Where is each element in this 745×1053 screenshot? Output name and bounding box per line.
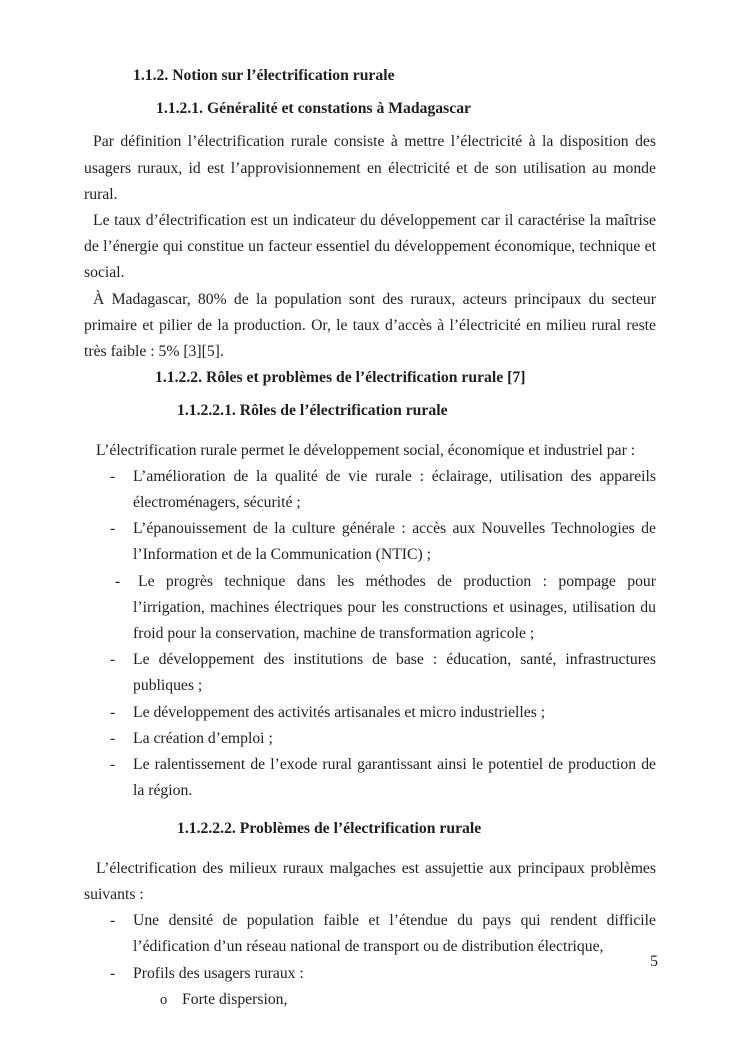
problems-list: - Une densité de population faible et l’… [84,908,656,1013]
paragraph-definition: Par définition l’électrification rurale … [84,129,656,208]
heading-1-1-2: 1.1.2. Notion sur l’électrification rura… [133,63,656,89]
dash-bullet: - [110,647,115,673]
paragraph-problemes-intro: L’électrification des milieux ruraux mal… [84,856,656,908]
dash-bullet: - [110,516,115,542]
dash-bullet: - [110,726,115,752]
sub-list-item: o Forte dispersion, [84,987,656,1013]
paragraph-taux-electrification: Le taux d’électrification est un indicat… [84,208,656,287]
heading-1-1-2-1: 1.1.2.1. Généralité et constations à Mad… [156,96,656,122]
sub-list-item-text: Forte dispersion, [182,991,287,1008]
list-item: - Le développement des activités artisan… [84,700,656,726]
heading-1-1-2-2-1: 1.1.2.2.1. Rôles de l’électrification ru… [177,398,656,424]
list-item: - Le développement des institutions de b… [84,647,656,699]
dash-bullet: - [110,464,115,490]
heading-1-1-2-2: 1.1.2.2. Rôles et problèmes de l’électri… [155,365,656,391]
list-item: - L’épanouissement de la culture général… [84,516,656,568]
dash-bullet: - [110,569,120,595]
list-item-text: L’épanouissement de la culture générale … [133,520,656,563]
list-item: - Le ralentissement de l’exode rural gar… [84,752,656,804]
dash-bullet: - [110,700,115,726]
list-item-text: Le développement des institutions de bas… [133,651,656,694]
list-item-text: L’amélioration de la qualité de vie rura… [133,468,656,511]
list-item: - Une densité de population faible et l’… [84,908,656,960]
circle-bullet: o [160,987,167,1013]
roles-list: - L’amélioration de la qualité de vie ru… [84,464,656,805]
paragraph-roles-intro: L’électrification rurale permet le dével… [84,438,656,464]
list-item: - Profils des usagers ruraux : [84,961,656,987]
dash-bullet: - [110,752,115,778]
list-item: - Le progrès technique dans les méthodes… [84,569,656,648]
page-number: 5 [650,949,658,975]
document-page: 1.1.2. Notion sur l’électrification rura… [0,0,745,1053]
list-item-text: Une densité de population faible et l’ét… [133,912,656,955]
list-item-text: Le développement des activités artisanal… [133,704,545,721]
list-item-text: Le ralentissement de l’exode rural garan… [133,756,656,799]
dash-bullet: - [110,908,115,934]
paragraph-madagascar: À Madagascar, 80% de la population sont … [84,287,656,366]
heading-1-1-2-2-2: 1.1.2.2.2. Problèmes de l’électrificatio… [177,816,656,842]
list-item-text: Profils des usagers ruraux : [133,965,304,982]
list-item-text: Le progrès technique dans les méthodes d… [133,573,656,642]
dash-bullet: - [110,961,115,987]
list-item: - La création d’emploi ; [84,726,656,752]
list-item: - L’amélioration de la qualité de vie ru… [84,464,656,516]
list-item-text: La création d’emploi ; [133,730,273,747]
profils-sub-list: o Forte dispersion, [84,987,656,1013]
